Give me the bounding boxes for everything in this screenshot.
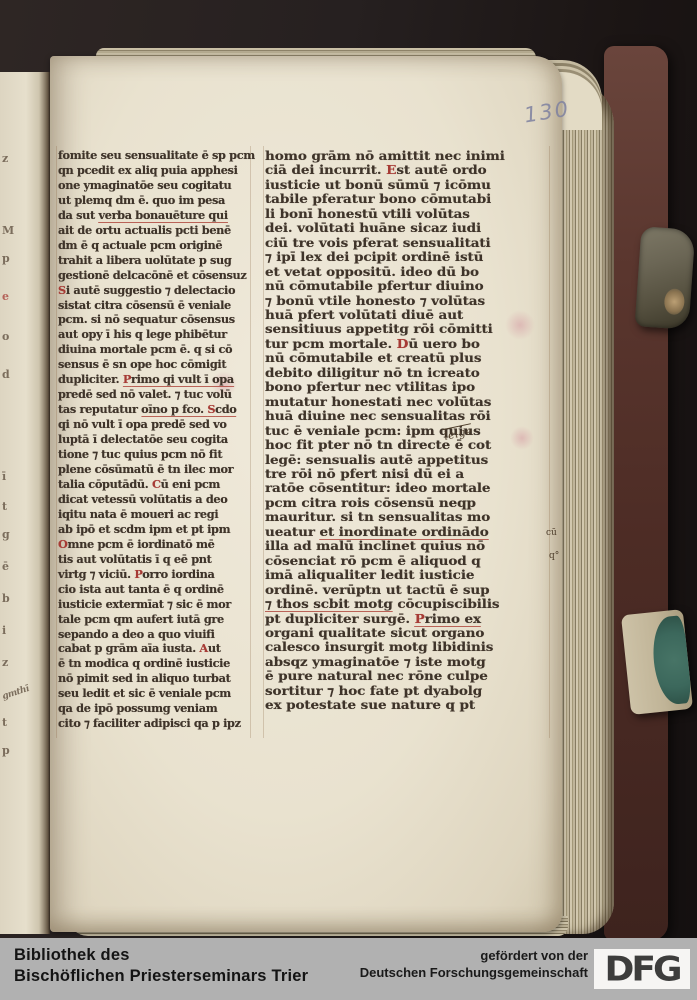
manuscript-line: pcm citra rois cōsensū neqp (265, 496, 588, 510)
manuscript-line: trahit a libera uolūtate p sug (58, 254, 260, 269)
library-line2: Bischöflichen Priesterseminars Trier (14, 966, 308, 987)
facing-page-text-fragment: b (2, 592, 10, 605)
manuscript-line: nū cōmutabile et creatū plus (265, 351, 588, 365)
manuscript-line: talia cōputādū. Cū eni pcm (58, 478, 260, 493)
manuscript-line: Si autē suggestio ⁊ delectacio (58, 284, 260, 299)
facing-page-text-fragment: o (2, 330, 9, 343)
manuscript-line: tione ⁊ tuc quius pcm nō fit (58, 448, 260, 463)
ruling-line (56, 146, 57, 738)
manuscript-line: tis aut volūtatis ī q eē pnt (58, 553, 260, 568)
manuscript-line: nū cōmutabile pfertur diuino (265, 279, 588, 293)
manuscript-line: fomite seu sensualitate ē sp pcm (58, 149, 260, 164)
manuscript-line: cōsenciat rō pcm ē aliquod q (265, 554, 588, 568)
manuscript-line: organi qualitate sicut organo (265, 626, 588, 640)
manuscript-line: da sut verba bonauēture qui (58, 209, 260, 224)
book-clasp-lower (621, 609, 693, 715)
funding-line1: gefördert von der (360, 948, 588, 965)
manuscript-line: pcm. si nō sequatur cōsensus (58, 313, 260, 328)
manuscript-line: hoc fit pter nō tn directe ē cot (265, 438, 588, 452)
book-clasp-upper (635, 226, 696, 330)
manuscript-line: tuc ē veniale pcm: ipm quius (265, 424, 588, 438)
manuscript-line: ordinē. verūptn ut tactū ē sup (265, 583, 588, 597)
manuscript-line: huā pfert volūtati diuē aut (265, 308, 588, 322)
manuscript-line: tas reputatur oīno p fco. Scdo (58, 403, 260, 418)
facing-page-text-fragment: t (2, 716, 7, 729)
facing-page-edge: zMpeodītgēbizgmthītp (0, 72, 50, 934)
manuscript-line: qn pcedit ex aliq puia apphesi (58, 164, 260, 179)
manuscript-line: cio ista aut tanta ē q ordinē (58, 583, 260, 598)
manuscript-line: sensus ē sn ope hoc cōmigit (58, 358, 260, 373)
manuscript-line: ueatur et inordinate ordinādo (265, 525, 588, 539)
manuscript-line: sensitiuus appetitg rōi cōmitti (265, 322, 588, 336)
margin-superscript: q° (549, 551, 559, 561)
facing-page-text-fragment: gmthī (1, 684, 30, 702)
facing-page-text-fragment: i (2, 624, 6, 637)
manuscript-line: dicat vetessū volūtatis a deo (58, 493, 260, 508)
facing-page-text-fragment: M (2, 224, 14, 237)
manuscript-line: qa de ipō possumg veniam (58, 702, 260, 717)
manuscript-line: mauritur. si tn sensualitas mo (265, 510, 588, 524)
manuscript-line: ratōe cōsentitur: ideo mortale (265, 481, 588, 495)
manuscript-line: qi nō vult ī opa predē sed vo (58, 418, 260, 433)
manuscript-line: tabile pferatur bono cōmutabi (265, 192, 588, 206)
dfg-logo: DFG (594, 949, 690, 989)
manuscript-line: sortitur ⁊ hoc fate pt dyabolg (265, 684, 588, 698)
manuscript-line: tale pcm qm aufert iutā gre (58, 613, 260, 628)
manuscript-line: dupliciter. Primo qi vult ī opa (58, 373, 260, 388)
facing-page-text-fragment: ī (2, 470, 6, 483)
text-column-left: fomite seu sensualitate ē sp pcmqn pcedi… (58, 149, 260, 732)
facing-page-text-fragment: g (2, 528, 10, 541)
manuscript-line: ex potestate sue nature q pt (265, 698, 588, 712)
manuscript-line: seu ledit et sic ē veniale pcm (58, 687, 260, 702)
manuscript-line: ⁊ bonū vtile honesto ⁊ volūtas (265, 294, 588, 308)
ruling-line (263, 146, 264, 738)
margin-superscript: cū (546, 528, 557, 538)
manuscript-line: absqz ymaginatōe ⁊ iste motg (265, 655, 588, 669)
manuscript-line: homo grām nō amittit nec inimi (265, 149, 588, 163)
manuscript-line: sistat citra cōsensū ē veniale (58, 299, 260, 314)
manuscript-line: aut opy ī his q lege phibētur (58, 328, 260, 343)
manuscript-line: plene cōsūmatū ē tn ilec mor (58, 463, 260, 478)
facing-page-text-fragment: p (2, 744, 10, 757)
funding-attribution: gefördert von der Deutschen Forschungsge… (360, 948, 588, 981)
manuscript-line: ut plemq dm ē. quo im pesa (58, 194, 260, 209)
manuscript-line: ⁊ thos scbit motg cōcupiscibilis (265, 597, 588, 611)
manuscript-line: iusticie extermīat ⁊ sic ē mor (58, 598, 260, 613)
manuscript-line: bono pfertur nec vtilitas ipo (265, 380, 588, 394)
manuscript-line: Omne pcm ē iordinatō mē (58, 538, 260, 553)
manuscript-line: calesco insurgit motg libidinis (265, 640, 588, 654)
facing-page-text-fragment: e (2, 290, 9, 303)
facing-page-text-fragment: z (2, 152, 8, 165)
facing-page-text-fragment: t (2, 500, 7, 513)
manuscript-line: mutatur honestati nec volūtas (265, 395, 588, 409)
manuscript-line: ⁊ ipī lex dei pcipit ordinē istū (265, 250, 588, 264)
manuscript-line: ait de ortu actualis pcti benē (58, 224, 260, 239)
facing-page-text-fragment: z (2, 656, 8, 669)
manuscript-line: diuina mortale pcm ē. q si cō (58, 343, 260, 358)
manuscript-line: dei. volūtati huāne sicaz iudi (265, 221, 588, 235)
manuscript-line: tur pcm mortale. Dū uero bo (265, 337, 588, 351)
manuscript-line: li bonī honestū vtili volūtas (265, 207, 588, 221)
manuscript-line: ab ipō et scdm ipm et pt ipm (58, 523, 260, 538)
funding-line2: Deutschen Forschungsgemeinschaft (360, 965, 588, 982)
dfg-logo-text: DFG (604, 950, 679, 989)
text-column-right: homo grām nō amittit nec inimiciā dei in… (265, 149, 588, 713)
manuscript-line: huā diuine nec sensualitas rōi (265, 409, 588, 423)
manuscript-line: iusticie ut bonū sūmū ⁊ icōmu (265, 178, 588, 192)
library-attribution: Bibliothek des Bischöflichen Priestersem… (14, 945, 308, 986)
manuscript-line: nō pimit sed in aliquo turbat (58, 672, 260, 687)
manuscript-line: dm ē q actuale pcm originē (58, 239, 260, 254)
manuscript-line: ē pure natural nec rōne culpe (265, 669, 588, 683)
manuscript-line: imā aliqualiter ledit iusticie (265, 568, 588, 582)
manuscript-line: debito diligitur nō tn icreato (265, 366, 588, 380)
manuscript-line: gestionē delcacōnē et cōsensuz (58, 269, 260, 284)
manuscript-line: tre rōi nō pfert nisi dū ei a (265, 467, 588, 481)
manuscript-line: cito ⁊ faciliter adipisci qa p ipz (58, 717, 260, 732)
manuscript-line: luptā ī delectatōe seu cogita (58, 433, 260, 448)
manuscript-line: sepando a deo a quo viuifi (58, 628, 260, 643)
manuscript-line: legē: sensualis autē appetitus (265, 453, 588, 467)
manuscript-line: cabat p grām aīa iusta. Aut (58, 642, 260, 657)
manuscript-line: predē sed nō valet. ⁊ tuc volū (58, 388, 260, 403)
manuscript-line: et vetat oppositū. ideo dū bo (265, 265, 588, 279)
facing-page-text-fragment: p (2, 252, 10, 265)
manuscript-line: ē tn modica q ordinē iusticie (58, 657, 260, 672)
digitization-footer-bar: Bibliothek des Bischöflichen Priestersem… (0, 938, 697, 1000)
digitized-manuscript-photo: zMpeodītgēbizgmthītp 130 fomite seu sens… (0, 0, 697, 1000)
facing-page-text-fragment: d (2, 368, 10, 381)
manuscript-line: virtg ⁊ viciū. Porro iordina (58, 568, 260, 583)
manuscript-line: one ymaginatōe seu cogitatu (58, 179, 260, 194)
manuscript-line: illa ad malū inclinet quius nō (265, 539, 588, 553)
manuscript-line: iqitu nata ē moueri ac regi (58, 508, 260, 523)
manuscript-line: ciā dei incurrit. Est autē ordo (265, 163, 588, 177)
manuscript-line: pt dupliciter surgē. Primo ex (265, 612, 588, 626)
library-line1: Bibliothek des (14, 945, 308, 966)
manuscript-line: ciū tre vois pferat sensualitati (265, 236, 588, 250)
facing-page-text-fragment: ē (2, 560, 9, 573)
